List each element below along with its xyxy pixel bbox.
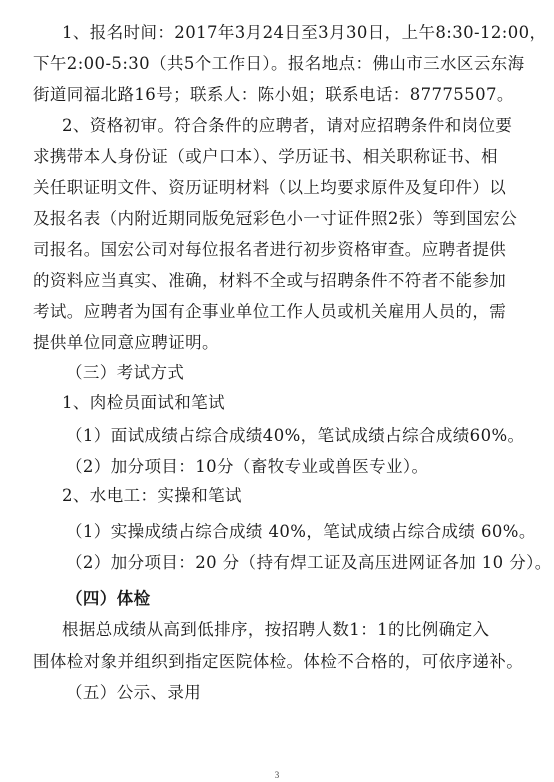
subheading-meat-inspector: 1、肉检员面试和笔试 xyxy=(62,393,225,413)
paragraph-line: 的资料应当真实、准确，材料不全或与招聘条件不符者不能参加 xyxy=(33,271,506,291)
paragraph-line: 考试。应聘者为国有企事业单位工作人员或机关雇用人员的，需 xyxy=(33,302,506,322)
paragraph-physical-exam: 根据总成绩从高到低排序，按招聘人数1：1的比例确定入 xyxy=(62,620,489,640)
paragraph-line: 求携带本人身份证（或户口本）、学历证书、相关职称证书、相 xyxy=(33,147,498,167)
list-item: （1）面试成绩占综合成绩40%，笔试成绩占综合成绩60%。 xyxy=(66,426,524,446)
section-heading-physical-exam: （四）体检 xyxy=(66,589,151,609)
paragraph-line: 关任职证明文件、资历证明材料（以上均要求原件及复印件）以 xyxy=(33,178,506,198)
page-number: 3 xyxy=(0,770,554,780)
paragraph-line: 围体检对象并组织到指定医院体检。体检不合格的，可依序递补。 xyxy=(33,652,523,672)
paragraph-qualification-review: 2、资格初审。符合条件的应聘者，请对应招聘条件和岗位要 xyxy=(62,116,512,136)
paragraph-line: 司报名。国宏公司对每位报名者进行初步资格审查。应聘者提供 xyxy=(33,240,506,260)
paragraph-line: 及报名表（内附近期同版免冠彩色小一寸证件照2张）等到国宏公 xyxy=(33,209,517,229)
section-heading-publicity-hiring: （五）公示、录用 xyxy=(66,683,201,703)
list-item: （2）加分项目：20 分（持有焊工证及高压进网证各加 10 分）。 xyxy=(66,553,552,573)
paragraph-registration-time: 1、报名时间：2017年3月24日至3月30日，上午8:30-12:00， xyxy=(62,23,546,43)
list-item: （1）实操成绩占综合成绩 40%，笔试成绩占综合成绩 60%。 xyxy=(66,522,536,542)
paragraph-line: 下午2:00-5:30（共5个工作日）。报名地点：佛山市三水区云东海 xyxy=(33,54,525,74)
subheading-electrician: 2、水电工：实操和笔试 xyxy=(62,486,242,506)
section-heading-exam-method: （三）考试方式 xyxy=(66,363,184,383)
paragraph-line: 街道同福北路16号；联系人：陈小姐；联系电话：87775507。 xyxy=(33,85,514,105)
paragraph-line: 提供单位同意应聘证明。 xyxy=(33,333,219,353)
list-item: （2）加分项目：10分（畜牧专业或兽医专业）。 xyxy=(66,457,428,477)
